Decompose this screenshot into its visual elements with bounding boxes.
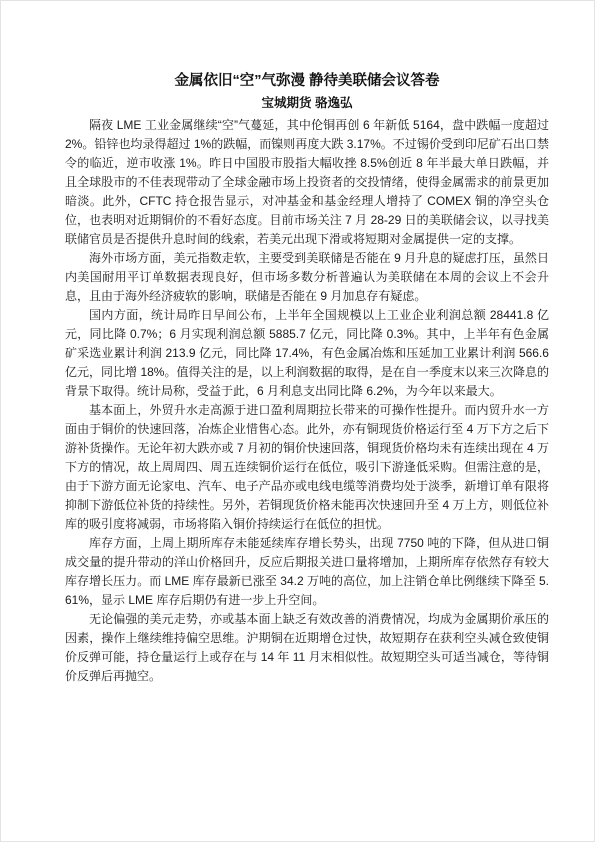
document-page: 金属依旧“空”气弥漫 静待美联储会议答卷 宝城期货 骆逸弘 隔夜 LME 工业金… [0, 0, 595, 842]
paragraph-overseas-market: 海外市场方面，美元指数走软，主要受到美联储是否能在 9 月升息的疑虑打压，虽然日… [65, 249, 549, 306]
article-byline: 宝城期货 骆逸弘 [65, 93, 549, 113]
paragraph-fundamentals: 基本面上，外贸升水走高源于进口盈利周期拉长带来的可操作性提升。而内贸升水一方面由… [65, 401, 549, 534]
paragraph-domestic: 国内方面，统计局昨日早间公布，上半年全国规模以上工业企业利润总额 28441.8… [65, 306, 549, 401]
document-content: 金属依旧“空”气弥漫 静待美联储会议答卷 宝城期货 骆逸弘 隔夜 LME 工业金… [65, 71, 549, 686]
paragraph-inventory: 库存方面，上周上期所库存未能延续库存增长势头，出现 7750 吨的下降，但从进口… [65, 534, 549, 610]
paragraph-conclusion: 无论偏强的美元走势，亦或基本面上缺乏有效改善的消费情况，均成为金属期价承压的因素… [65, 610, 549, 686]
paragraph-overnight-lme: 隔夜 LME 工业金属继续“空”气蔓延，其中伦铜再创 6 年新低 5164，盘中… [65, 116, 549, 249]
article-body: 隔夜 LME 工业金属继续“空”气蔓延，其中伦铜再创 6 年新低 5164，盘中… [65, 116, 549, 686]
article-title: 金属依旧“空”气弥漫 静待美联储会议答卷 [65, 71, 549, 91]
